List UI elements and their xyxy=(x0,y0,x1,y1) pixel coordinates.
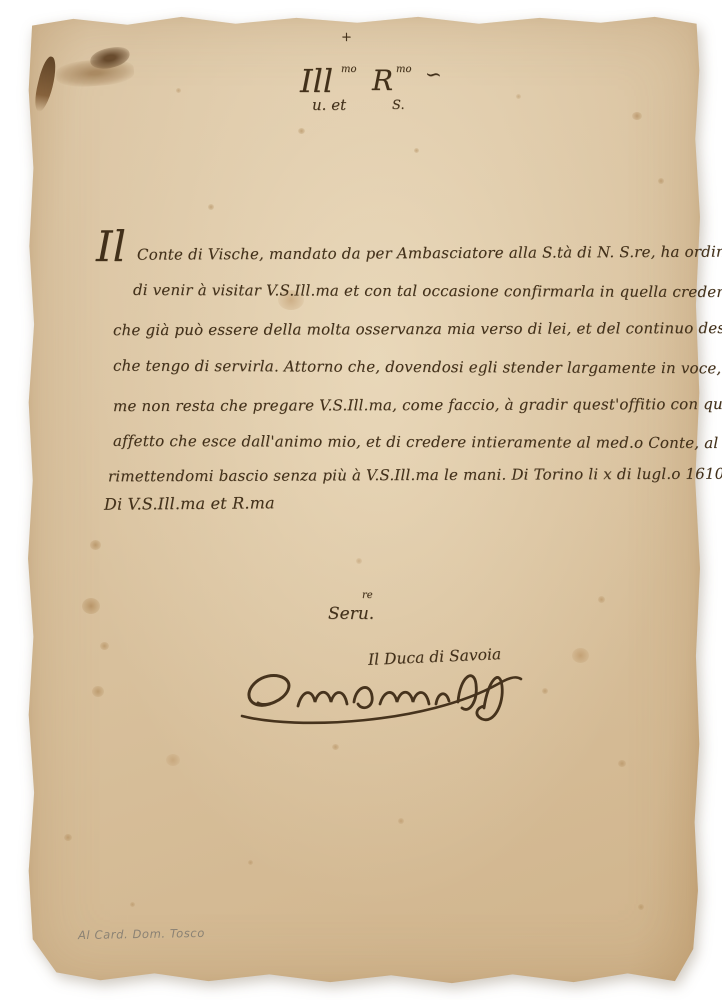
foxing-spot xyxy=(598,596,605,603)
letter-line: che già può essere della molta osservanz… xyxy=(113,319,722,339)
ink-smudge xyxy=(55,57,135,88)
salutation-sup-mo-2: mo xyxy=(396,64,412,75)
valediction: Seru. xyxy=(328,604,374,624)
drop-initial: Il xyxy=(96,222,126,271)
stain-blotch xyxy=(166,754,180,766)
subscription-line: Di V.S.Ill.ma et R.ma xyxy=(104,493,275,513)
salutation-sup-mo-1: mo xyxy=(341,64,357,75)
salutation-r: R xyxy=(372,64,393,97)
duke-signature-flourish xyxy=(236,656,526,730)
foxing-spot xyxy=(64,834,72,841)
foxing-spot xyxy=(176,88,181,93)
foxing-spot xyxy=(100,642,109,650)
foxing-spot xyxy=(130,902,135,907)
foxing-spot xyxy=(90,540,101,550)
letter-line: affetto che esce dall'animo mio, et di c… xyxy=(113,432,722,452)
letter-line: me non resta che pregare V.S.Ill.ma, com… xyxy=(113,395,722,415)
foxing-spot xyxy=(414,148,419,153)
pencil-annotation: Al Card. Dom. Tosco xyxy=(78,926,205,942)
letter-line: di venir à visitar V.S.Ill.ma et con tal… xyxy=(133,281,722,301)
foxing-spot xyxy=(298,128,305,134)
foxing-spot xyxy=(356,558,362,564)
foxing-spot xyxy=(542,688,548,694)
ink-smudge xyxy=(31,55,59,113)
stain-blotch xyxy=(572,648,589,663)
foxing-spot xyxy=(658,178,664,184)
foxing-spot xyxy=(632,112,642,120)
invocation-cross: + xyxy=(341,30,352,45)
foxing-spot xyxy=(618,760,626,767)
letter-line: Conte di Vische, mandato da per Ambascia… xyxy=(137,242,722,263)
salutation-ill: Ill xyxy=(300,62,333,100)
salutation-signore: S. xyxy=(392,98,405,113)
valediction-sup: re xyxy=(362,590,373,601)
foxing-spot xyxy=(398,818,404,824)
foxing-spot xyxy=(332,744,339,750)
letter-photo: + Ill mo R mo ∽ u. et S. Il Conte di Vis… xyxy=(0,0,722,1000)
stain-blotch xyxy=(82,598,100,614)
foxing-spot xyxy=(248,860,253,865)
letter-line: che tengo di servirla. Attorno che, dove… xyxy=(113,357,722,378)
foxing-spot xyxy=(638,904,644,910)
foxing-spot xyxy=(208,204,214,210)
ink-smudge xyxy=(89,45,132,72)
salutation-continuation: u. et xyxy=(312,96,346,114)
foxing-spot xyxy=(92,686,104,697)
letter-line: rimettendomi bascio senza più à V.S.Ill.… xyxy=(108,465,722,486)
salutation-flourish: ∽ xyxy=(425,62,442,86)
foxing-spot xyxy=(516,94,521,99)
